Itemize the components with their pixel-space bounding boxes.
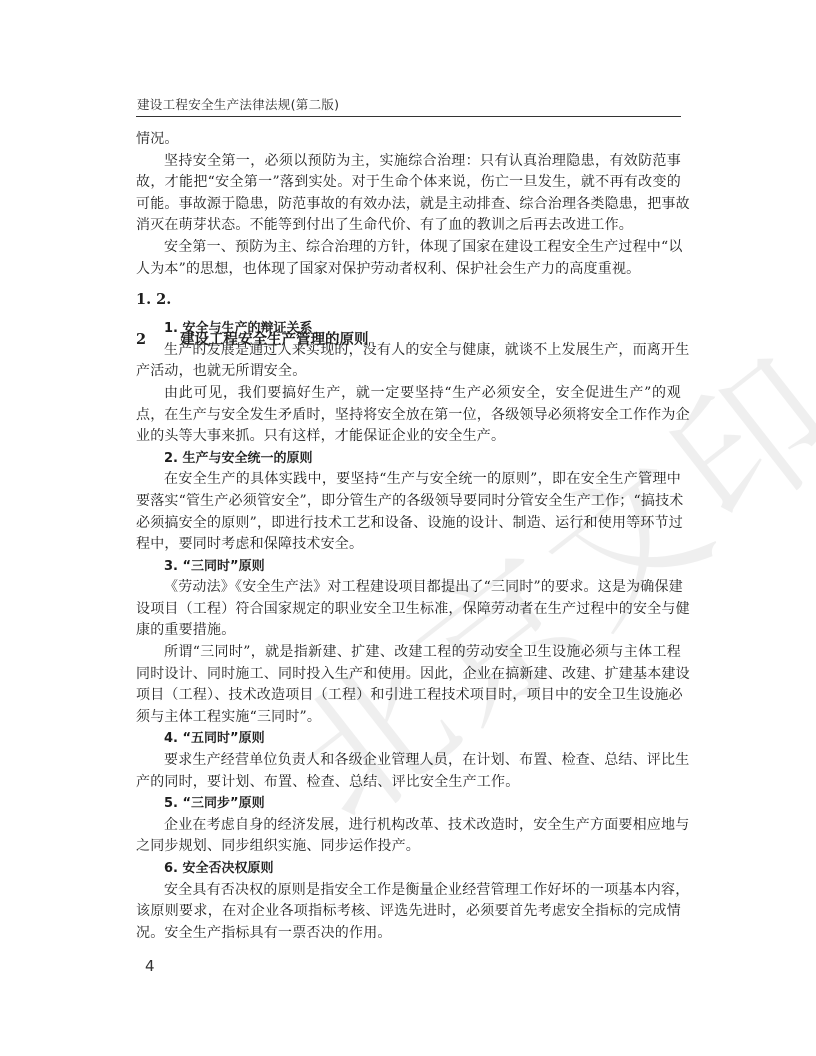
text-line: 要落实“管生产必须管安全”，即分管生产的各级领导要同时分管安全生产工作；“搞技术 xyxy=(136,491,681,513)
text-line: 况。安全生产指标具有一票否决的作用。 xyxy=(136,923,681,945)
paragraph: 在安全生产的具体实践中，要坚持“生产与安全统一的原则”，即在安全生产管理中要落实… xyxy=(136,469,681,555)
text-line: 情况。 xyxy=(136,129,681,151)
page-number: 4 xyxy=(145,957,155,975)
subsection-heading: 2. 生产与安全统一的原则 xyxy=(136,448,681,470)
paragraph: 企业在考虑自身的经济发展，进行机构改革、技术改造时，安全生产方面要相应地与之同步… xyxy=(136,815,681,858)
text-line: 由此可见，我们要搞好生产，就一定要坚持“生产必须安全，安全促进生产”的观 xyxy=(136,383,681,405)
paragraph: 所谓“三同时”，就是指新建、扩建、改建工程的劳动安全卫生设施必须与主体工程同时设… xyxy=(136,642,681,728)
text-line: 要求生产经营单位负责人和各级企业管理人员，在计划、布置、检查、总结、评比生 xyxy=(136,750,681,772)
text-line: 坚持安全第一，必须以预防为主，实施综合治理：只有认真治理隐患，有效防范事 xyxy=(136,151,681,173)
paragraph: 生产的发展是通过人来实现的，没有人的安全与健康，就谈不上发展生产，而离开生产活动… xyxy=(136,340,681,383)
paragraph: 情况。 xyxy=(136,129,681,151)
text-line: 必须搞安全的原则”，即进行技术工艺和设备、设施的设计、制造、运行和使用等环节过 xyxy=(136,513,681,535)
subsection-heading: 3. “三同时”原则 xyxy=(136,556,681,578)
text-line: 企业在考虑自身的经济发展，进行机构改革、技术改造时，安全生产方面要相应地与 xyxy=(136,815,681,837)
text-line: 须与主体工程实施“三同时”。 xyxy=(136,707,681,729)
text-line: 同时设计、同时施工、同时投入生产和使用。因此，企业在搞新建、改建、扩建基本建设 xyxy=(136,664,681,686)
text-line: 可能。事故源于隐患，防范事故的有效办法，就是主动排查、综合治理各类隐患，把事故 xyxy=(136,194,681,216)
subsection-heading: 6. 安全否决权原则 xyxy=(136,858,681,880)
text-line: 业的头等大事来抓。只有这样，才能保证企业的安全生产。 xyxy=(136,426,681,448)
paragraph: 安全第一、预防为主、综合治理的方针，体现了国家在建设工程安全生产过程中“以人为本… xyxy=(136,237,681,280)
paragraph: 《劳动法》《安全生产法》对工程建设项目都提出了“三同时”的要求。这是为确保建设项… xyxy=(136,577,681,642)
paragraph: 安全具有否决权的原则是指安全工作是衡量企业经营管理工作好坏的一项基本内容，该原则… xyxy=(136,880,681,945)
text-line: 之同步规划、同步组织实施、同步运作投产。 xyxy=(136,836,681,858)
subsection-heading: 4. “五同时”原则 xyxy=(136,728,681,750)
text-line: 安全第一、预防为主、综合治理的方针，体现了国家在建设工程安全生产过程中“以 xyxy=(136,237,681,259)
text-line: 产的同时，要计划、布置、检查、总结、评比安全生产工作。 xyxy=(136,772,681,794)
page-body: 情况。坚持安全第一，必须以预防为主，实施综合治理：只有认真治理隐患，有效防范事故… xyxy=(136,129,681,944)
text-line: 安全具有否决权的原则是指安全工作是衡量企业经营管理工作好坏的一项基本内容， xyxy=(136,880,681,902)
text-line: 生产的发展是通过人来实现的，没有人的安全与健康，就谈不上发展生产，而离开生 xyxy=(136,340,681,362)
text-line: 产活动，也就无所谓安全。 xyxy=(136,361,681,383)
text-line: 在安全生产的具体实践中，要坚持“生产与安全统一的原则”，即在安全生产管理中 xyxy=(136,469,681,491)
paragraph: 坚持安全第一，必须以预防为主，实施综合治理：只有认真治理隐患，有效防范事故，才能… xyxy=(136,151,681,237)
header-rule xyxy=(136,116,681,117)
text-line: 项目（工程）、技术改造项目（工程）和引进工程技术项目时，项目中的安全卫生设施必 xyxy=(136,685,681,707)
text-line: 该原则要求，在对企业各项指标考核、评选先进时，必须要首先考虑安全指标的完成情 xyxy=(136,901,681,923)
text-line: 设项目（工程）符合国家规定的职业安全卫生标准，保障劳动者在生产过程中的安全与健 xyxy=(136,599,681,621)
text-line: 程中，要同时考虑和保障技术安全。 xyxy=(136,534,681,556)
text-line: 人为本”的思想，也体现了国家对保护劳动者权利、保护社会生产力的高度重视。 xyxy=(136,259,681,281)
running-head: 建设工程安全生产法律法规(第二版) xyxy=(137,95,339,113)
text-line: 消灭在萌芽状态。不能等到付出了生命代价、有了血的教训之后再去改进工作。 xyxy=(136,215,681,237)
text-line: 点，在生产与安全发生矛盾时，坚持将安全放在第一位，各级领导必须将安全工作作为企 xyxy=(136,405,681,427)
text-line: 故，才能把“安全第一”落到实处。对于生命个体来说，伤亡一旦发生，就不再有改变的 xyxy=(136,172,681,194)
subsection-heading: 1. 安全与生产的辩证关系 xyxy=(136,318,681,340)
text-line: 所谓“三同时”，就是指新建、扩建、改建工程的劳动安全卫生设施必须与主体工程 xyxy=(136,642,681,664)
document-page: 北京文印 建设工程安全生产法律法规(第二版) 情况。坚持安全第一，必须以预防为主… xyxy=(0,0,816,1056)
paragraph: 由此可见，我们要搞好生产，就一定要坚持“生产必须安全，安全促进生产”的观点，在生… xyxy=(136,383,681,448)
text-line: 康的重要措施。 xyxy=(136,620,681,642)
subsection-heading: 5. “三同步”原则 xyxy=(136,793,681,815)
section-heading: 1. 2. 2建设工程安全生产管理的原则 xyxy=(136,280,681,318)
paragraph: 要求生产经营单位负责人和各级企业管理人员，在计划、布置、检查、总结、评比生产的同… xyxy=(136,750,681,793)
text-line: 《劳动法》《安全生产法》对工程建设项目都提出了“三同时”的要求。这是为确保建 xyxy=(136,577,681,599)
